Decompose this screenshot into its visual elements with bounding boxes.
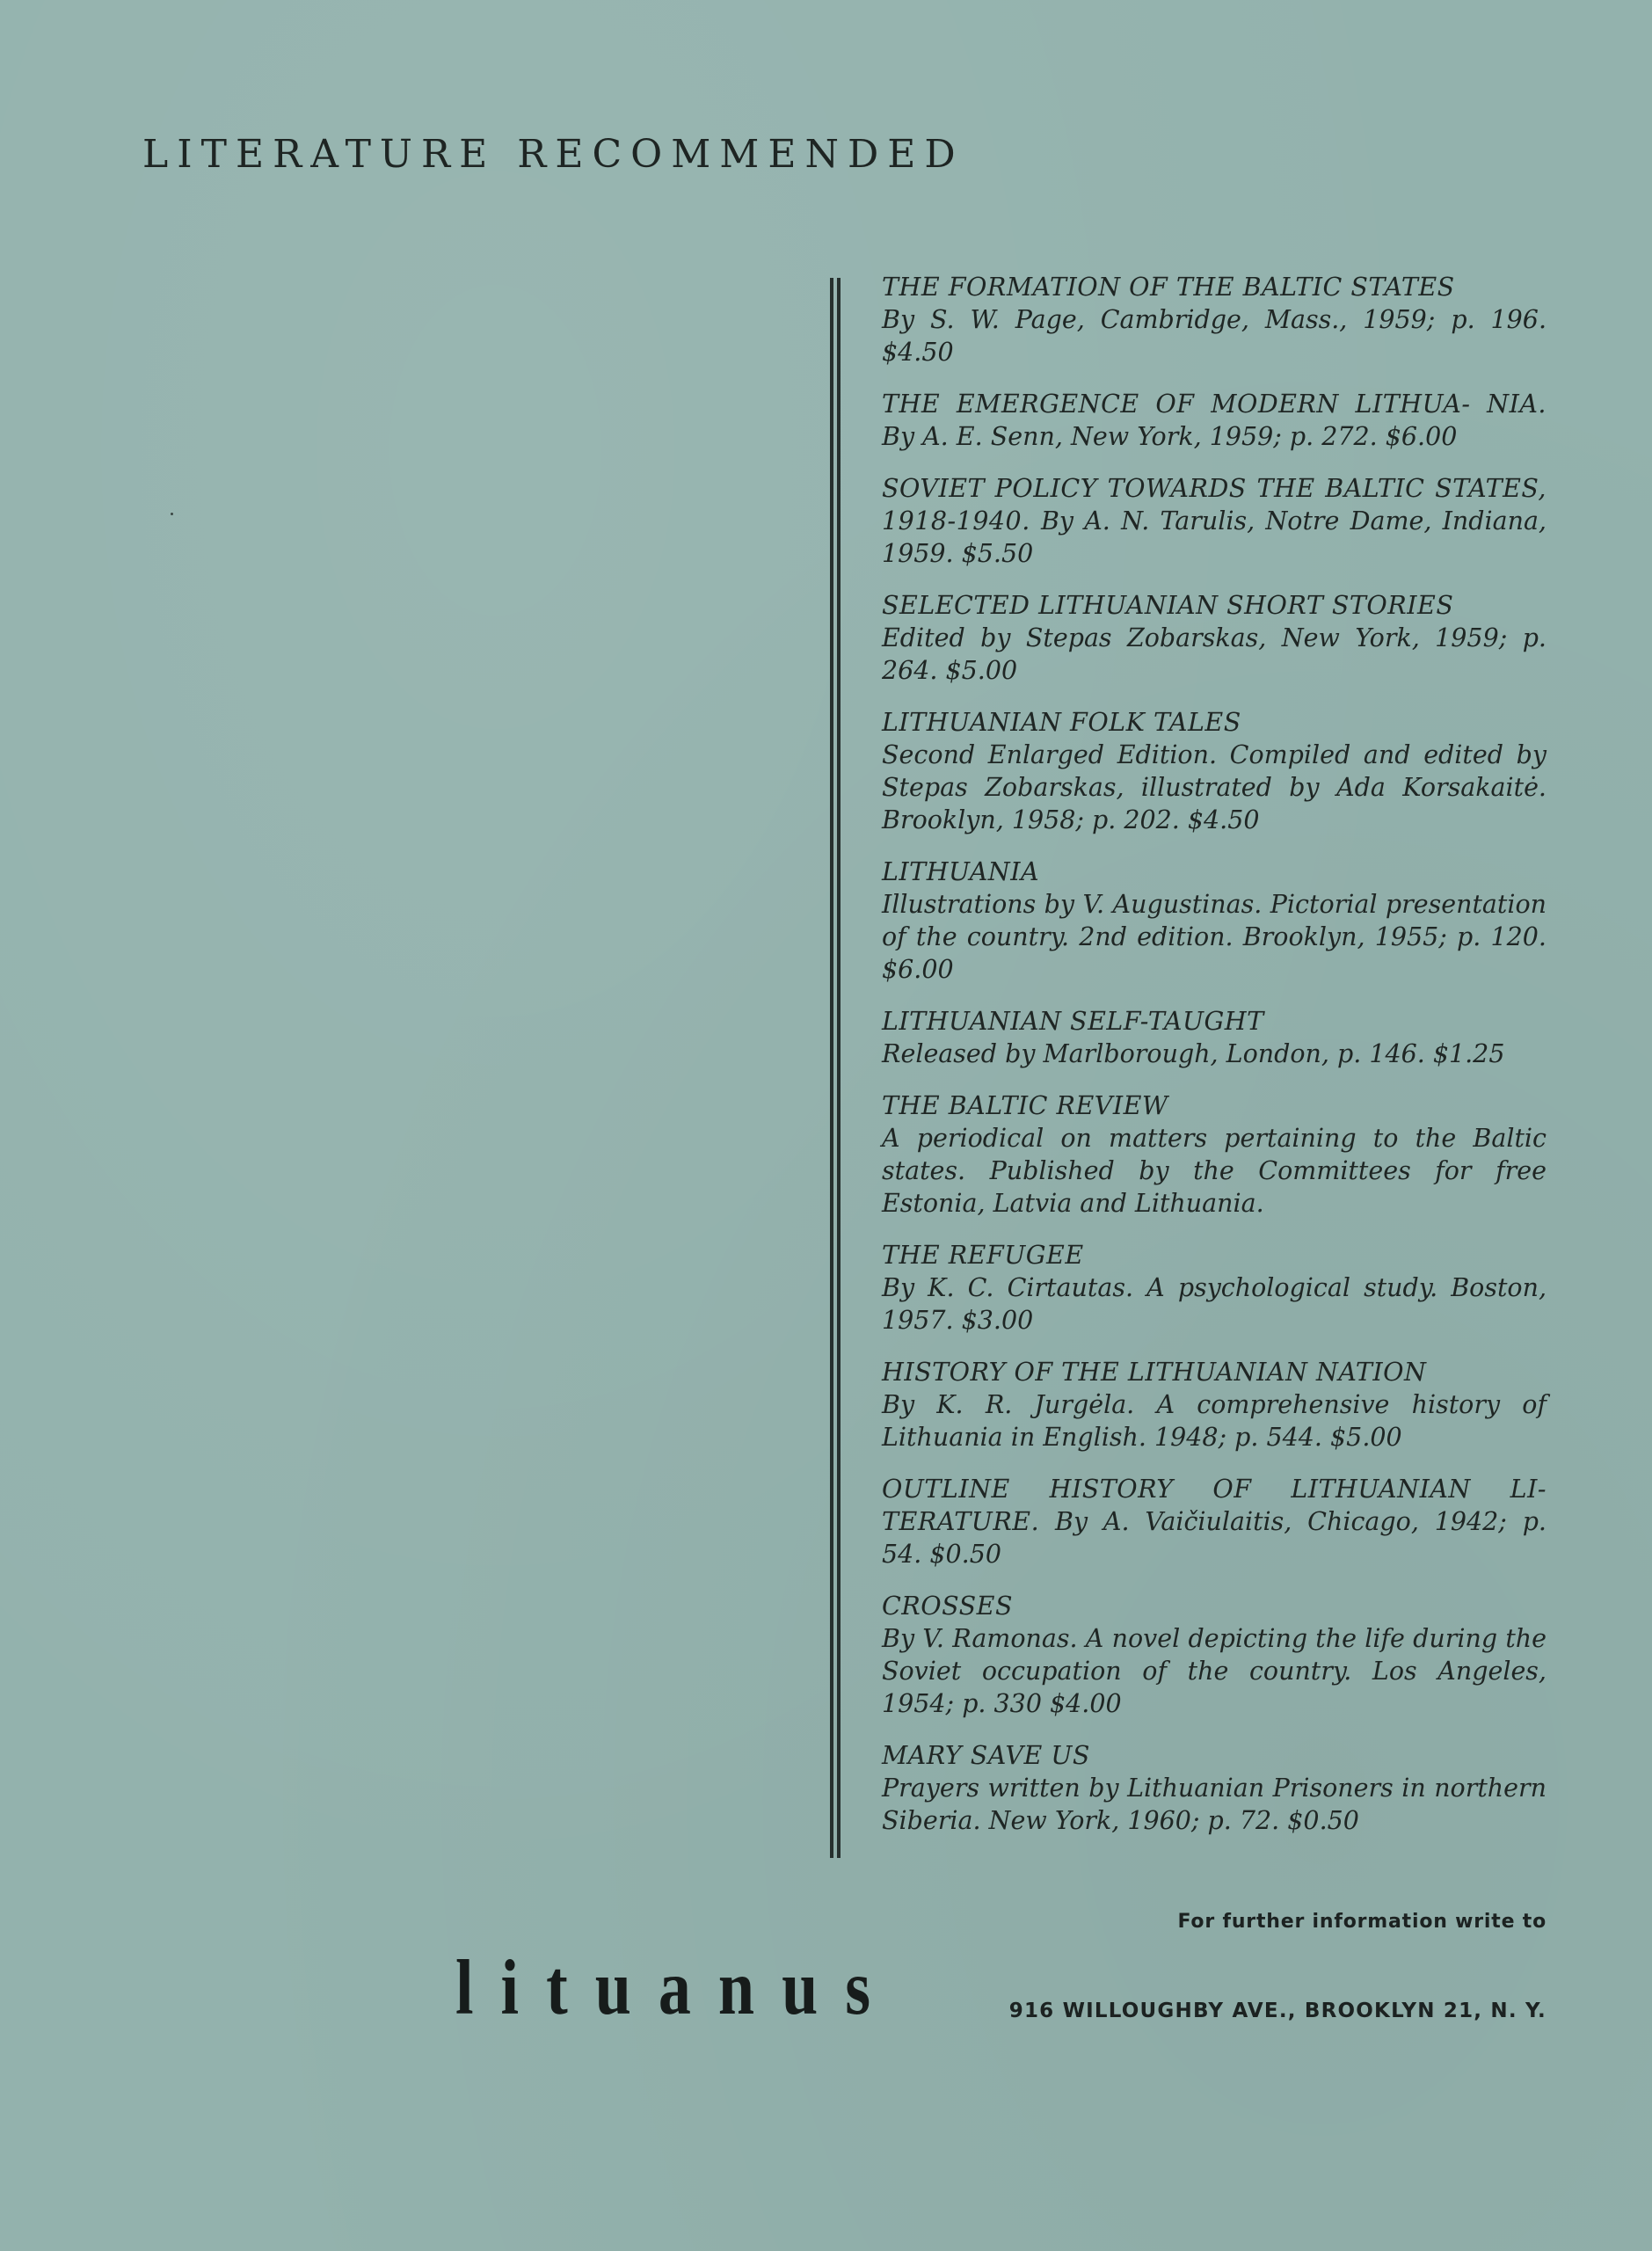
- book-entry: THE BALTIC REVIEW A periodical on matter…: [882, 1089, 1546, 1220]
- book-description: By K. R. Jurgėla. A comprehensive histor…: [882, 1388, 1546, 1453]
- book-description: Illustrations by V. Augustinas. Pictoria…: [882, 888, 1546, 986]
- print-speck: [171, 513, 173, 515]
- book-description: A periodical on matters pertaining to th…: [882, 1122, 1546, 1220]
- book-entry: LITHUANIAN FOLK TALES Second Enlarged Ed…: [882, 706, 1546, 836]
- book-entry: THE FORMATION OF THE BALTIC STATES By S.…: [882, 271, 1546, 368]
- book-entry: SOVIET POLICY TOWARDS THE BALTIC STATES,…: [882, 472, 1546, 570]
- book-description: Edited by Stepas Zobarskas, New York, 19…: [882, 622, 1546, 687]
- book-title: SELECTED LITHUANIAN SHORT STORIES: [882, 589, 1546, 622]
- book-entry: HISTORY OF THE LITHUANIAN NATION By K. R…: [882, 1356, 1546, 1453]
- book-entry: OUTLINE HISTORY OF LITHUANIAN LI- TERATU…: [882, 1473, 1546, 1570]
- book-title: LITHUANIAN FOLK TALES: [882, 706, 1546, 739]
- book-title: THE BALTIC REVIEW: [882, 1089, 1546, 1122]
- book-description: By K. C. Cirtautas. A psychological stud…: [882, 1271, 1546, 1337]
- book-description: Second Enlarged Edition. Compiled and ed…: [882, 739, 1546, 836]
- book-description: Released by Marlborough, London, p. 146.…: [882, 1038, 1546, 1070]
- book-title: THE REFUGEE: [882, 1239, 1546, 1271]
- contact-note: For further information write to: [1178, 1911, 1547, 1933]
- book-entry: THE REFUGEE By K. C. Cirtautas. A psycho…: [882, 1239, 1546, 1337]
- book-title: THE EMERGENCE OF MODERN LITHUA- NIA.: [882, 390, 1546, 419]
- book-description: By S. W. Page, Cambridge, Mass., 1959; p…: [882, 303, 1546, 368]
- double-vertical-rule: [830, 278, 841, 1858]
- book-title: CROSSES: [882, 1590, 1546, 1622]
- book-title: HISTORY OF THE LITHUANIAN NATION: [882, 1356, 1546, 1388]
- book-description: By V. Ramonas. A novel depicting the lif…: [882, 1622, 1546, 1720]
- publisher-address: 916 WILLOUGHBY AVE., BROOKLYN 21, N. Y.: [1009, 2000, 1546, 2022]
- book-entry: LITHUANIAN SELF-TAUGHT Released by Marlb…: [882, 1005, 1546, 1070]
- book-title: THE FORMATION OF THE BALTIC STATES: [882, 271, 1546, 303]
- page-title: LITERATURE RECOMMENDED: [142, 132, 964, 177]
- book-description: Prayers written by Lithuanian Prisoners …: [882, 1772, 1546, 1837]
- book-title: MARY SAVE US: [882, 1739, 1546, 1772]
- book-entry: SELECTED LITHUANIAN SHORT STORIES Edited…: [882, 589, 1546, 687]
- book-entry: CROSSES By V. Ramonas. A novel depicting…: [882, 1590, 1546, 1720]
- publisher-block: lituanus 916 WILLOUGHBY AVE., BROOKLYN 2…: [455, 1959, 1546, 2034]
- book-title: LITHUANIA: [882, 856, 1546, 888]
- book-entry: THE EMERGENCE OF MODERN LITHUA- NIA. By …: [882, 388, 1546, 453]
- book-description: By A. E. Senn, New York, 1959; p. 272. $…: [882, 422, 1457, 451]
- book-entry: MARY SAVE US Prayers written by Lithuani…: [882, 1739, 1546, 1837]
- recommended-book-list: THE FORMATION OF THE BALTIC STATES By S.…: [882, 271, 1546, 1856]
- book-title: LITHUANIAN SELF-TAUGHT: [882, 1005, 1546, 1038]
- book-entry: LITHUANIA Illustrations by V. Augustinas…: [882, 856, 1546, 986]
- publisher-logo: lituanus: [455, 1944, 898, 2034]
